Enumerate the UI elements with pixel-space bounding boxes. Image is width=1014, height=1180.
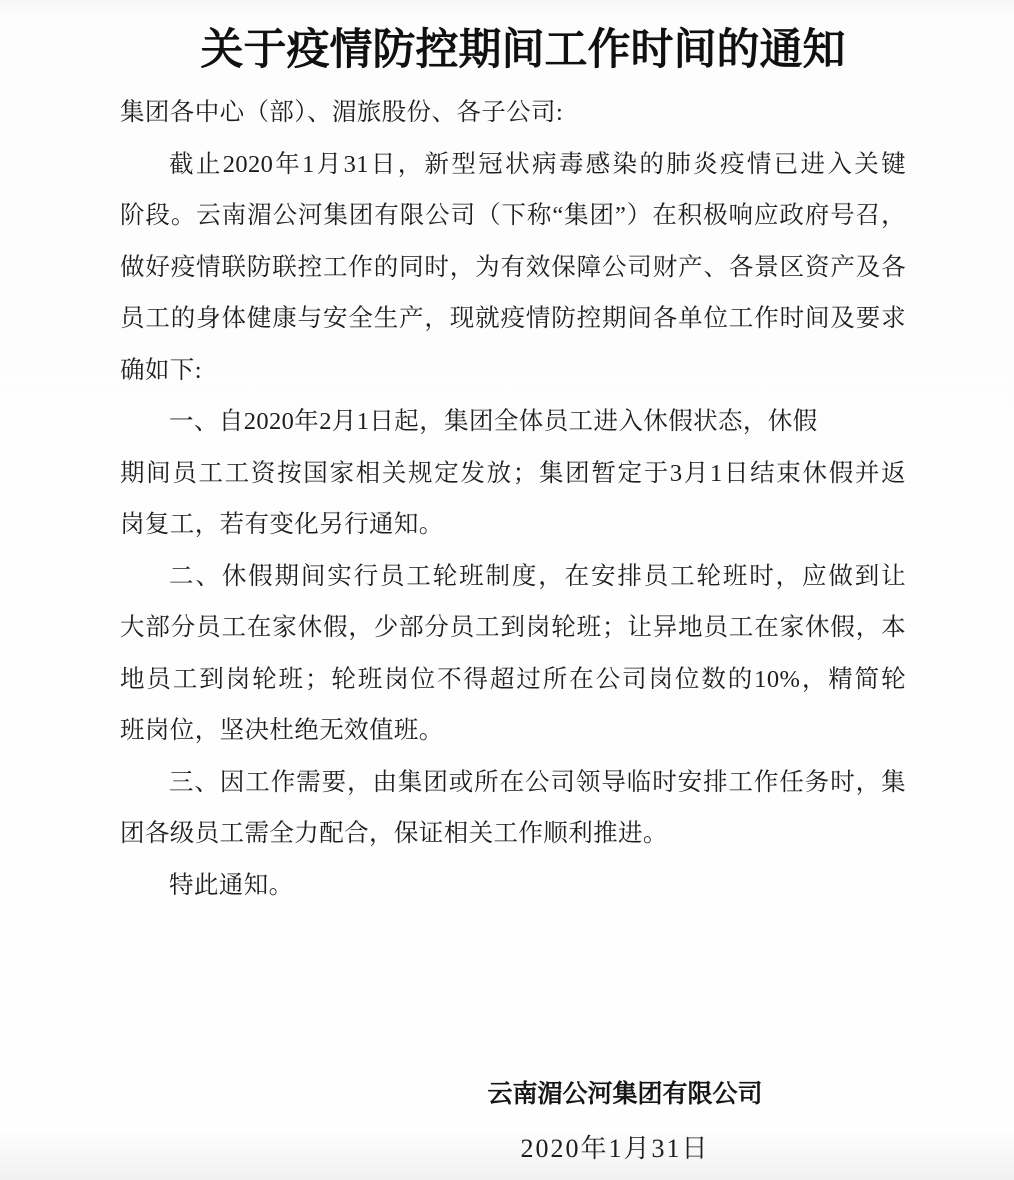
notice-document-page: 关于疫情防控期间工作时间的通知 集团各中心（部）、湄旅股份、各子公司:截止202… [0, 0, 1014, 1180]
body-line: 三、因工作需要，由集团或所在公司领导临时安排工作任务时，集 [120, 757, 906, 809]
body-line: 二、休假期间实行员工轮班制度，在安排员工轮班时，应做到让 [120, 551, 906, 603]
body-line: 一、自2020年2月1日起，集团全体员工进入休假状态，休假 [120, 396, 906, 448]
body-line: 岗复工，若有变化另行通知。 [120, 499, 906, 551]
body-line: 确如下: [120, 345, 906, 397]
issuer-signature: 云南湄公河集团有限公司 [350, 1074, 900, 1110]
document-date: 2020年1月31日 [340, 1128, 890, 1165]
document-title: 关于疫情防控期间工作时间的通知 [32, 20, 1014, 82]
body-line: 班岗位，坚决杜绝无效值班。 [120, 705, 906, 757]
body-line: 特此通知。 [120, 860, 906, 912]
body-line: 员工的身体健康与安全生产，现就疫情防控期间各单位工作时间及要求明 [120, 293, 906, 345]
body-line: 大部分员工在家休假，少部分员工到岗轮班；让异地员工在家休假，本 [120, 602, 906, 654]
body-line: 阶段。云南湄公河集团有限公司（下称“集团”）在积极响应政府号召， [120, 190, 906, 242]
document-body: 集团各中心（部）、湄旅股份、各子公司:截止2020年1月31日，新型冠状病毒感染… [120, 87, 906, 911]
body-line: 地员工到岗轮班；轮班岗位不得超过所在公司岗位数的10%，精简轮 [120, 654, 906, 706]
body-line: 期间员工工资按国家相关规定发放；集团暂定于3月1日结束休假并返 [120, 448, 906, 500]
body-line: 截止2020年1月31日，新型冠状病毒感染的肺炎疫情已进入关键 [120, 139, 906, 191]
body-line: 团各级员工需全力配合，保证相关工作顺利推进。 [120, 808, 906, 860]
body-line: 做好疫情联防联控工作的同时，为有效保障公司财产、各景区资产及各级 [120, 242, 906, 294]
body-line: 集团各中心（部）、湄旅股份、各子公司: [120, 87, 906, 139]
